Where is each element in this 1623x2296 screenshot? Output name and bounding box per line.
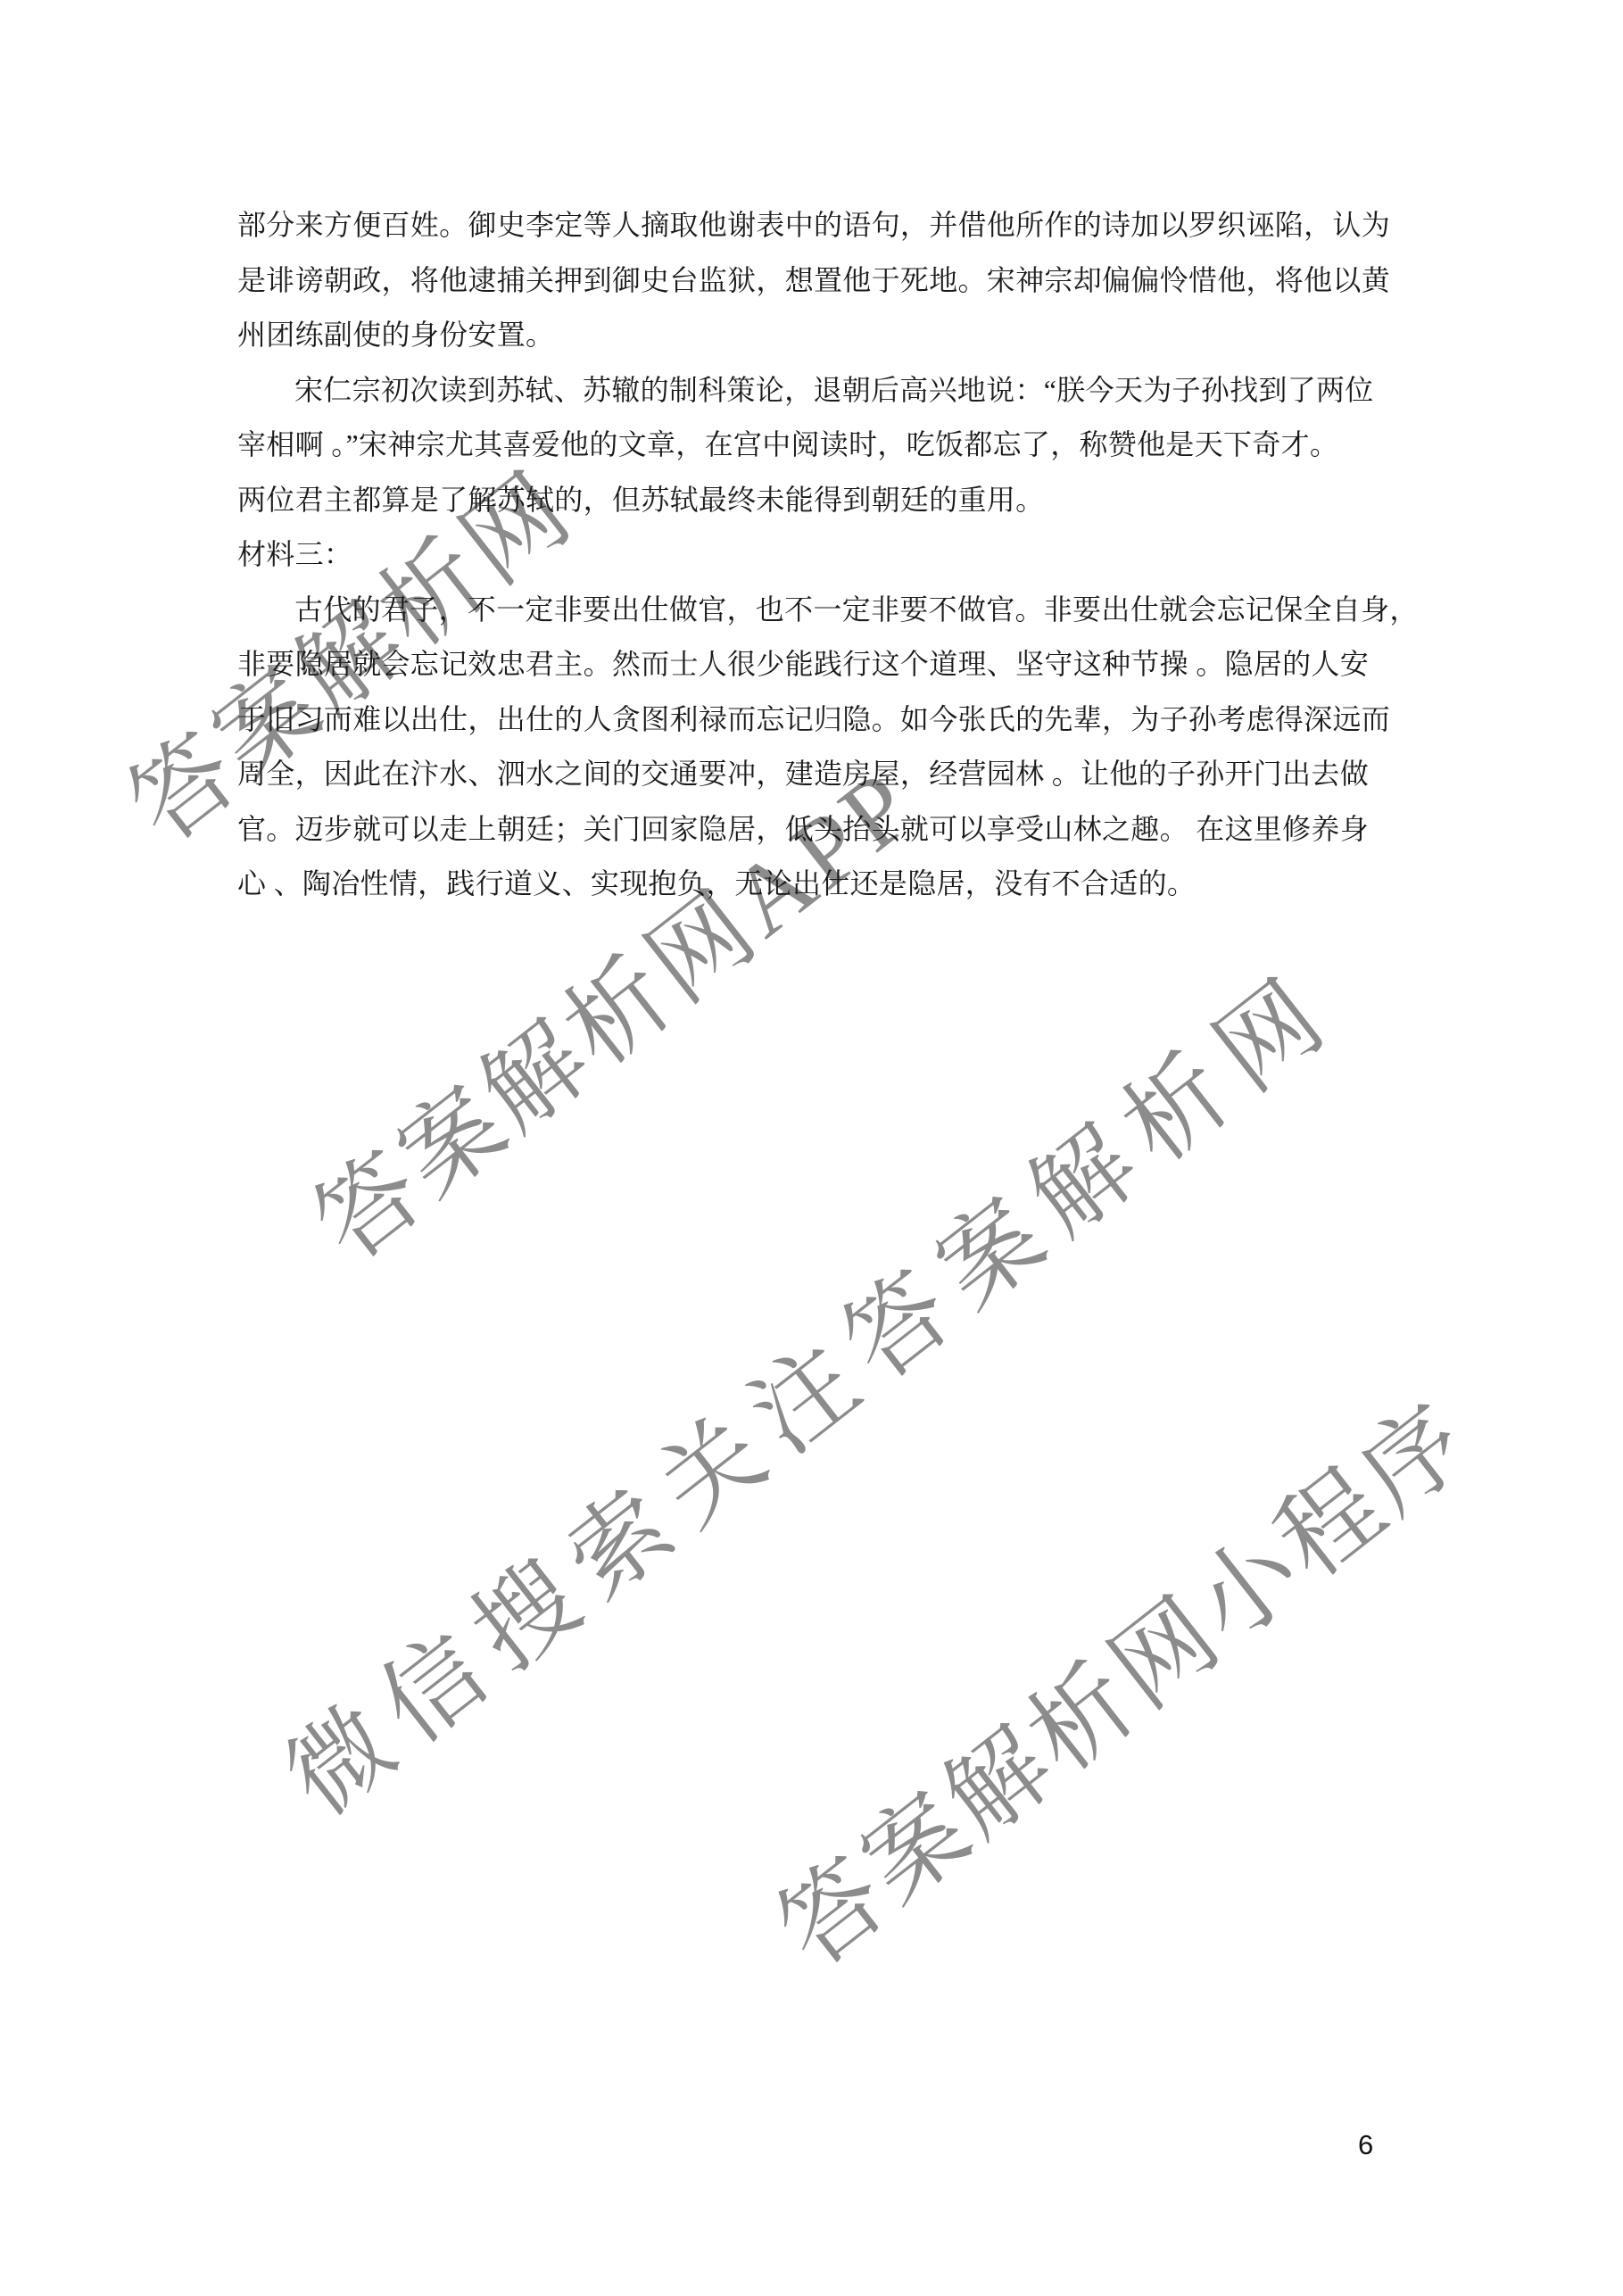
text-line: 心 、陶冶性情，践行道义、实现抱负，无论出仕还是隐居，没有不合适的。 xyxy=(237,857,1399,912)
text-line: 宰相啊 。”宋神宗尤其喜爱他的文章，在宫中阅读时，吃饭都忘了，称赞他是天下奇才。 xyxy=(237,418,1399,473)
text-line-material-three-heading: 材料三： xyxy=(237,527,1399,583)
text-line: 是诽谤朝政，将他逮捕关押到御史台监狱，想置他于死地。宋神宗却偏偏怜惜他，将他以黄 xyxy=(237,253,1399,309)
text-line: 周全，因此在汴水、泗水之间的交通要冲，建造房屋，经营园林 。让他的子孙开门出去做 xyxy=(237,747,1399,802)
text-line-paragraph-start: 宋仁宗初次读到苏轼、苏辙的制科策论，退朝后高兴地说：“朕今天为子孙找到了两位 xyxy=(237,363,1399,419)
text-line: 部分来方便百姓。御史李定等人摘取他谢表中的语句，并借他所作的诗加以罗织诬陷，认为 xyxy=(237,198,1399,253)
text-line: 两位君主都算是了解苏轼的，但苏轼最终未能得到朝廷的重用。 xyxy=(237,473,1399,528)
watermark-wechat-search: 微信搜索关注答案解析网 xyxy=(252,932,1361,1843)
text-line: 官。迈步就可以走上朝廷；关门回家隐居，低头抬头就可以享受山林之趣。 在这里修养身 xyxy=(237,802,1399,858)
watermark-mini-program: 答案解析网小程序 xyxy=(743,1362,1495,1993)
body-text: 部分来方便百姓。御史李定等人摘取他谢表中的语句，并借他所作的诗加以罗织诬陷，认为… xyxy=(237,198,1399,912)
text-line: 于旧习而难以出仕，出仕的人贪图利禄而忘记归隐。如今张氏的先辈，为子孙考虑得深远而 xyxy=(237,692,1399,748)
text-line: 非要隐居就会忘记效忠君主。然而士人很少能践行这个道理、坚守这种节操 。隐居的人安 xyxy=(237,637,1399,692)
text-line-paragraph-start: 古代的君子，不一定非要出仕做官，也不一定非要不做官。非要出仕就会忘记保全自身， xyxy=(237,583,1399,638)
document-page: 答案解析网 答案解析网APP 微信搜索关注答案解析网 答案解析网小程序 部分来方… xyxy=(0,0,1623,2296)
page-number: 6 xyxy=(1358,2129,1373,2161)
text-line: 州团练副使的身份安置。 xyxy=(237,308,1399,363)
